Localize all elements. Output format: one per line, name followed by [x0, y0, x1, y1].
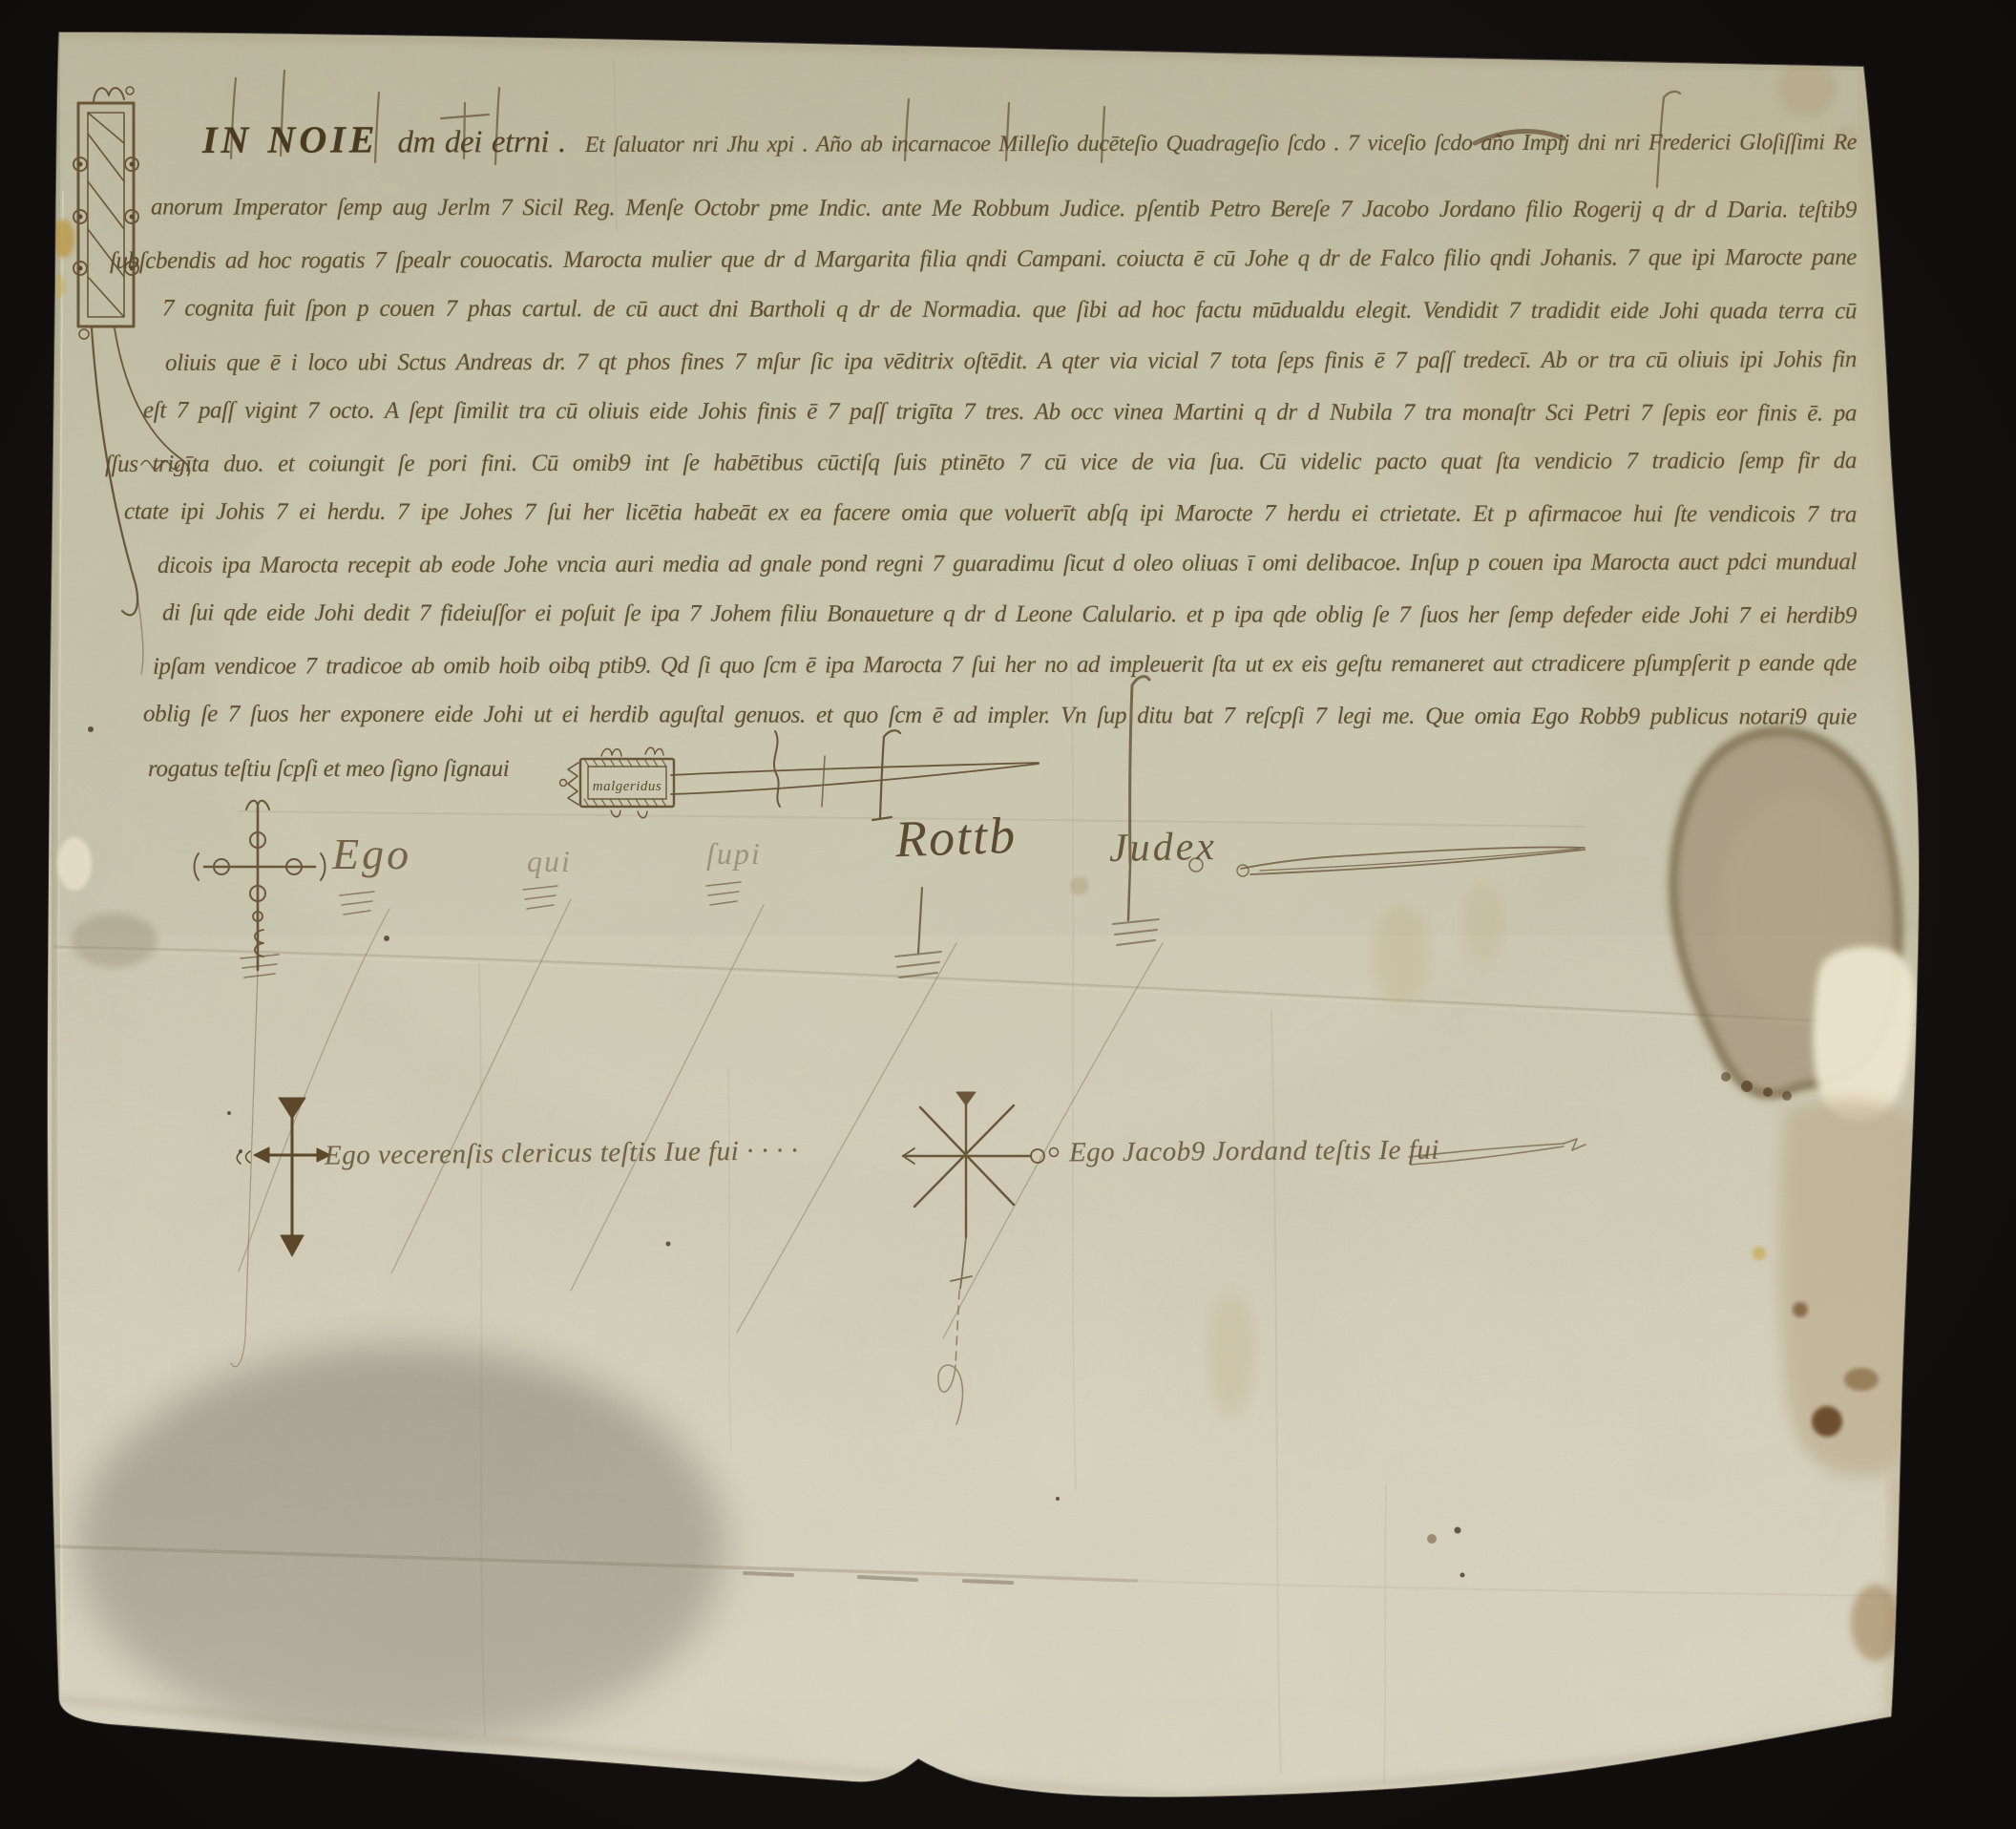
judge-signature-title: Judex [1109, 824, 1218, 872]
charter-text-line: oblig ſe 7 ſuos her exponere eide Johi u… [143, 694, 1857, 741]
charter-text-line: di ſui qde eide Johi dedit 7 fideiuſſor … [162, 593, 1857, 640]
judge-signature-ego: Ego [332, 829, 411, 879]
judge-signature-name: Rottb [894, 806, 1018, 869]
witness-subscription: Ego Jacob9 Jordand teſtis Ie fui [1069, 1135, 1439, 1169]
charter-text-line: 7 cognita fuit ſpon p couen 7 phas cartu… [162, 288, 1857, 335]
judge-signature-supra: ſupi [706, 836, 762, 872]
charter-text-line: oliuis que ē i loco ubi Sctus Andreas dr… [165, 340, 1857, 388]
charter-text-line: ſſus trigīta duo. et coiungit ſe pori fi… [105, 441, 1857, 489]
charter-text-line: ipſam vendicoe 7 tradicoe ab omib hoib o… [153, 643, 1857, 691]
charter-photo: malgeridus [0, 0, 2016, 1829]
notary-closing-line: rogatus teſtiu ſcpſi et meo ſigno ſignau… [148, 756, 509, 783]
charter-text-line: anorum Imperator ſemp aug Jerlm 7 Sicil … [151, 187, 1857, 234]
opening-line-rest: Et ſaluator nri Jhu xpi . Año ab incarna… [585, 122, 1857, 165]
charter-opening-line: In noie dm dei etrni . Et ſaluator nri J… [202, 116, 1857, 197]
charter-text-line: ſubſcbendis ad hoc rogatis 7 ſpealr couo… [110, 238, 1857, 285]
charter-text-layer: In noie dm dei etrni . Et ſaluator nri J… [0, 0, 2016, 1829]
judge-signature-qui: qui [527, 844, 572, 879]
opening-invocation-2: dm dei etrni . [397, 122, 565, 162]
witness-subscription: Ego vecerenſis clericus teſtis Iue fui ∙… [325, 1135, 799, 1171]
charter-text-line: eſt 7 paſſ vigint 7 octo. A ſept ſimilit… [143, 390, 1857, 437]
opening-invocation: In noie [202, 119, 379, 159]
charter-text-line: dicois ipa Marocta recepit ab eode Johe … [157, 542, 1857, 590]
charter-text-line: ctate ipi Johis 7 ei herdu. 7 ipe Johes … [124, 492, 1857, 538]
